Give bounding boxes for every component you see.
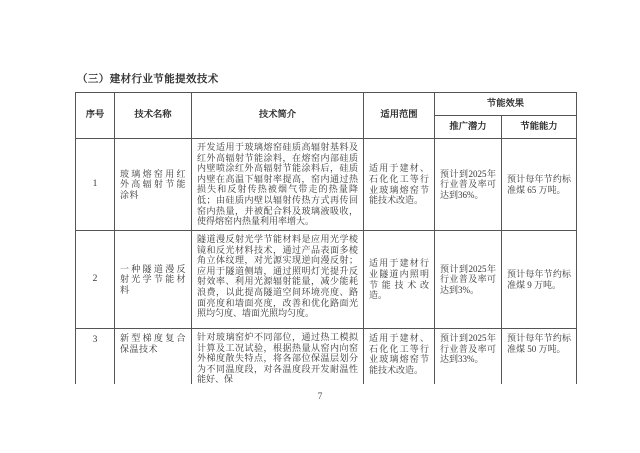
col-header-potential: 推广潜力 xyxy=(435,116,502,139)
tech-name-cell: 玻璃熔窑用红外高辐射节能涂料 xyxy=(115,139,192,231)
table-crop-region: 序号 技术名称 技术简介 适用范围 节能效果 推广潜力 节能能力 1 玻璃熔窑用… xyxy=(75,92,578,384)
capacity-cell: 预计每年节约标准煤 50 万吨。 xyxy=(502,329,577,385)
tech-name-cell: 新型梯度复合保温技术 xyxy=(115,329,192,385)
table-row-3: 3 新型梯度复合保温技术 针对玻璃窑炉不同部位，通过热工模拟计算及工况试验，根据… xyxy=(76,329,577,385)
scope-cell: 适用于建材、石化化工等行业玻璃熔窑节能技术改造。 xyxy=(364,139,435,231)
scope-cell: 适用于建材行业隧道内照明节能技术改造。 xyxy=(364,231,435,329)
potential-cell: 预计到2025年行业普及率可达到33%。 xyxy=(435,329,502,385)
capacity-cell: 预计每年节约标准煤 65 万吨。 xyxy=(502,139,577,231)
technology-table: 序号 技术名称 技术简介 适用范围 节能效果 推广潜力 节能能力 1 玻璃熔窑用… xyxy=(75,92,577,384)
tech-intro-cell: 开发适用于玻璃熔窑硅质高辐射基料及红外高辐射节能涂料，在熔窑内部硅质内壁喷涂红外… xyxy=(192,139,364,231)
potential-cell: 预计到2025年行业普及率可达到36%。 xyxy=(435,139,502,231)
row-serial-cell: 2 xyxy=(76,231,115,329)
potential-cell: 预计到2025年行业普及率可达到3%。 xyxy=(435,231,502,329)
tech-intro-cell: 隧道漫反射光学节能材料是应用光学棱镜和反光材料技术，通过产品表面多棱角立体纹理，… xyxy=(192,231,364,329)
col-header-scope: 适用范围 xyxy=(364,93,435,139)
table-row-2: 2 一种隧道漫反射光学节能材料 隧道漫反射光学节能材料是应用光学棱镜和反光材料技… xyxy=(76,231,577,329)
section-heading: （三）建材行业节能提效技术 xyxy=(77,71,219,86)
table-row-1: 1 玻璃熔窑用红外高辐射节能涂料 开发适用于玻璃熔窑硅质高辐射基料及红外高辐射节… xyxy=(76,139,577,231)
table-header: 序号 技术名称 技术简介 适用范围 节能效果 推广潜力 节能能力 xyxy=(76,93,577,139)
page-number: 7 xyxy=(0,392,640,402)
row-serial-cell: 3 xyxy=(76,329,115,385)
col-header-tech-name: 技术名称 xyxy=(115,93,192,139)
table-body: 1 玻璃熔窑用红外高辐射节能涂料 开发适用于玻璃熔窑硅质高辐射基料及红外高辐射节… xyxy=(76,139,577,385)
tech-intro-cell: 针对玻璃窑炉不同部位，通过热工模拟计算及工况试验，根据热量从窑内向窑外梯度散失特… xyxy=(192,329,364,385)
header-row-top: 序号 技术名称 技术简介 适用范围 节能效果 xyxy=(76,93,577,116)
document-page: （三）建材行业节能提效技术 序号 技术名称 技术简介 适用范围 节能效果 推广潜… xyxy=(0,0,640,453)
col-header-capacity: 节能能力 xyxy=(502,116,577,139)
col-header-serial: 序号 xyxy=(76,93,115,139)
row-serial-cell: 1 xyxy=(76,139,115,231)
scope-cell: 适用于建材、石化化工等行业玻璃熔窑节能技术改造。 xyxy=(364,329,435,385)
capacity-cell: 预计每年节约标准煤 9 万吨。 xyxy=(502,231,577,329)
col-header-tech-intro: 技术简介 xyxy=(192,93,364,139)
tech-name-cell: 一种隧道漫反射光学节能材料 xyxy=(115,231,192,329)
col-header-effect: 节能效果 xyxy=(435,93,577,116)
